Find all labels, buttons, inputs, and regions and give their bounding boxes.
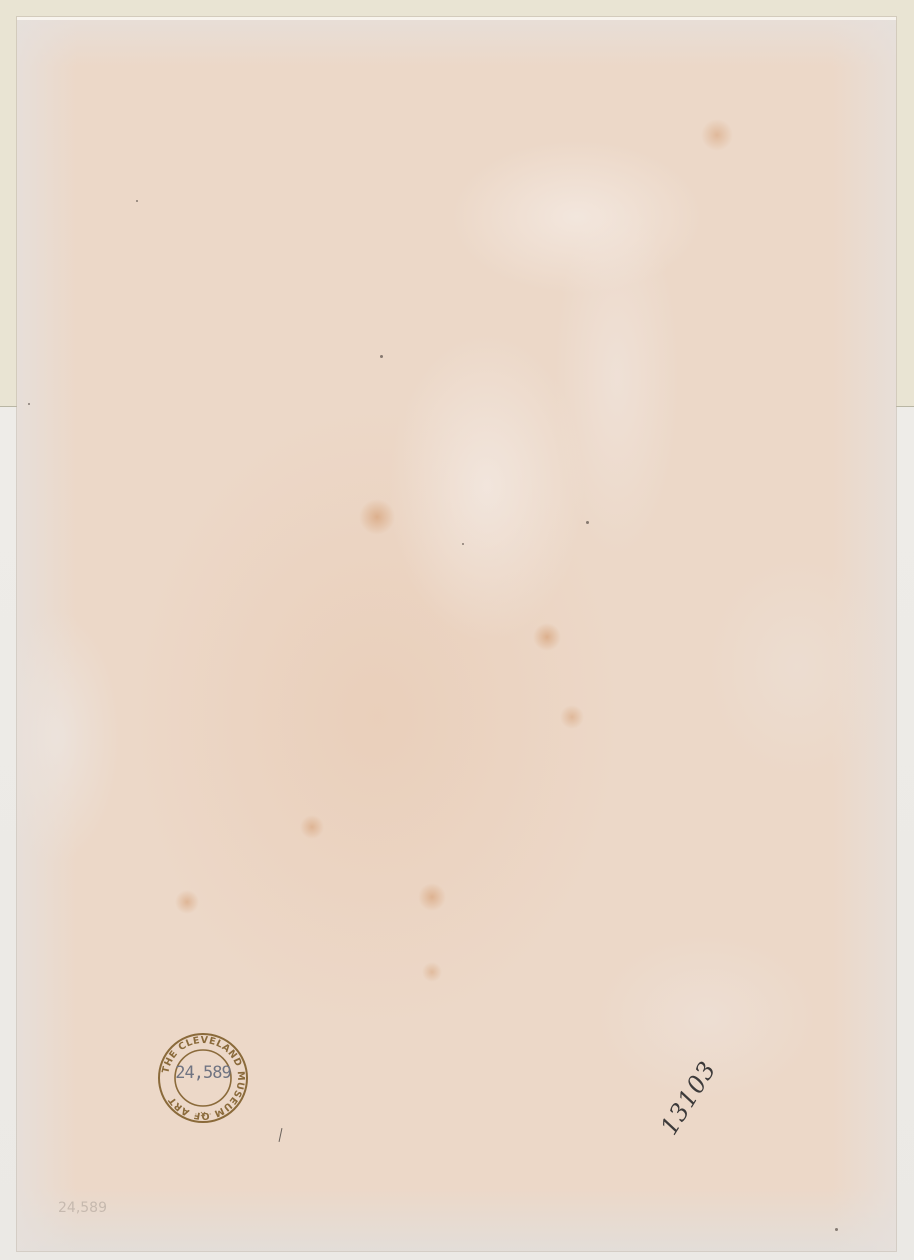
ink-speck — [28, 403, 30, 405]
paper-top-edge — [17, 17, 896, 20]
ink-speck — [136, 200, 138, 202]
museum-stamp: THE CLEVELAND MUSEUM OF ART · ✕ · 24,589 — [157, 1032, 249, 1124]
ink-speck — [380, 355, 383, 358]
faint-pencil-note: 24,589 — [58, 1200, 107, 1216]
ink-speck — [835, 1228, 838, 1231]
ink-speck — [462, 543, 464, 545]
paper-sheet-verso — [17, 17, 896, 1251]
stamp-accession-number: 24,589 — [157, 1063, 249, 1083]
ink-speck — [586, 521, 589, 524]
stamp-ornament: · ✕ · — [195, 1110, 212, 1119]
